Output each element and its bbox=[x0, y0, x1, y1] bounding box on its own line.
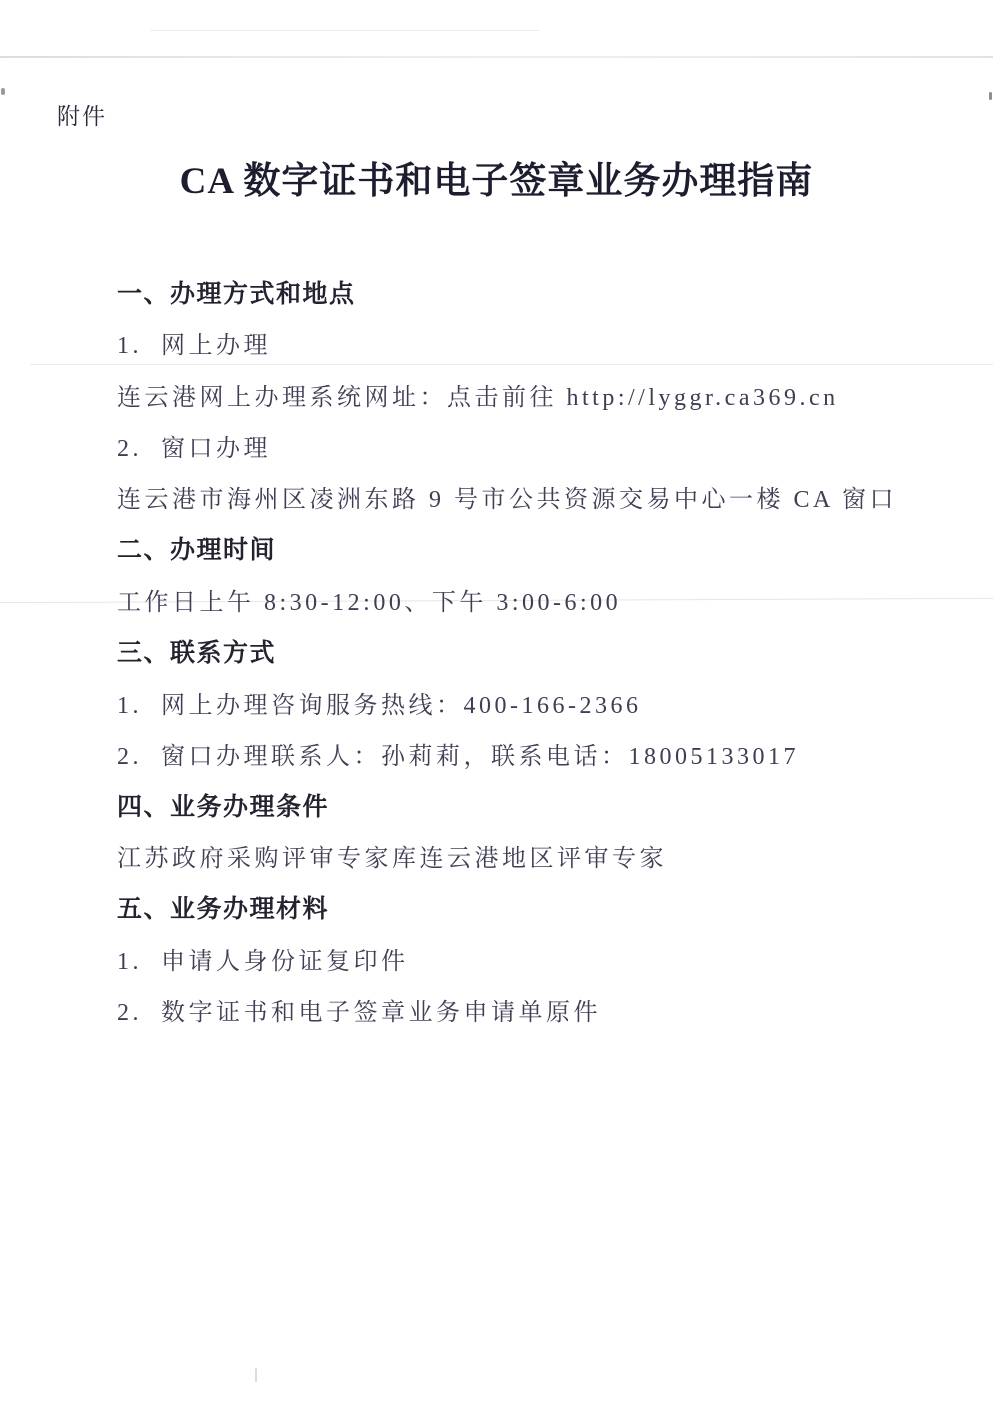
item-id-card-copy: 1. 申请人身份证复印件 bbox=[117, 933, 963, 984]
heading-business-conditions: 四、业务办理条件 bbox=[117, 779, 963, 830]
line-working-hours: 工作日上午 8:30-12:00、下午 3:00-6:00 bbox=[117, 574, 963, 625]
line-expert-eligibility: 江苏政府采购评审专家库连云港地区评审专家 bbox=[117, 830, 963, 881]
item-application-form-original: 2. 数字证书和电子签章业务申请单原件 bbox=[117, 984, 963, 1035]
heading-processing-method-and-location: 一、办理方式和地点 bbox=[117, 266, 963, 317]
scanned-document-page: 附件 CA 数字证书和电子签章业务办理指南 一、办理方式和地点 1. 网上办理 … bbox=[0, 0, 993, 1402]
scan-speck bbox=[1, 88, 5, 95]
scan-speck bbox=[255, 1368, 257, 1382]
document-body: 一、办理方式和地点 1. 网上办理 连云港网上办理系统网址：点击前往 http:… bbox=[117, 266, 963, 1035]
item-online-hotline: 1. 网上办理咨询服务热线：400-166-2366 bbox=[117, 676, 963, 727]
heading-processing-time: 二、办理时间 bbox=[117, 522, 963, 573]
item-window-contact-person: 2. 窗口办理联系人：孙莉莉，联系电话：18005133017 bbox=[117, 728, 963, 779]
scan-speck bbox=[989, 92, 992, 100]
scan-artifact-line bbox=[0, 56, 993, 58]
heading-business-materials: 五、业务办理材料 bbox=[117, 882, 963, 933]
line-online-system-url: 连云港网上办理系统网址：点击前往 http://lyggr.ca369.cn bbox=[117, 369, 963, 420]
item-window-processing: 2. 窗口办理 bbox=[117, 420, 963, 471]
item-online-processing: 1. 网上办理 bbox=[117, 317, 963, 368]
line-window-address: 连云港市海州区凌洲东路 9 号市公共资源交易中心一楼 CA 窗口 bbox=[117, 471, 963, 522]
heading-contact-information: 三、联系方式 bbox=[117, 625, 963, 676]
attachment-label: 附件 bbox=[57, 98, 107, 131]
scan-artifact-line bbox=[150, 30, 540, 31]
document-title: CA 数字证书和电子签章业务办理指南 bbox=[0, 150, 993, 204]
